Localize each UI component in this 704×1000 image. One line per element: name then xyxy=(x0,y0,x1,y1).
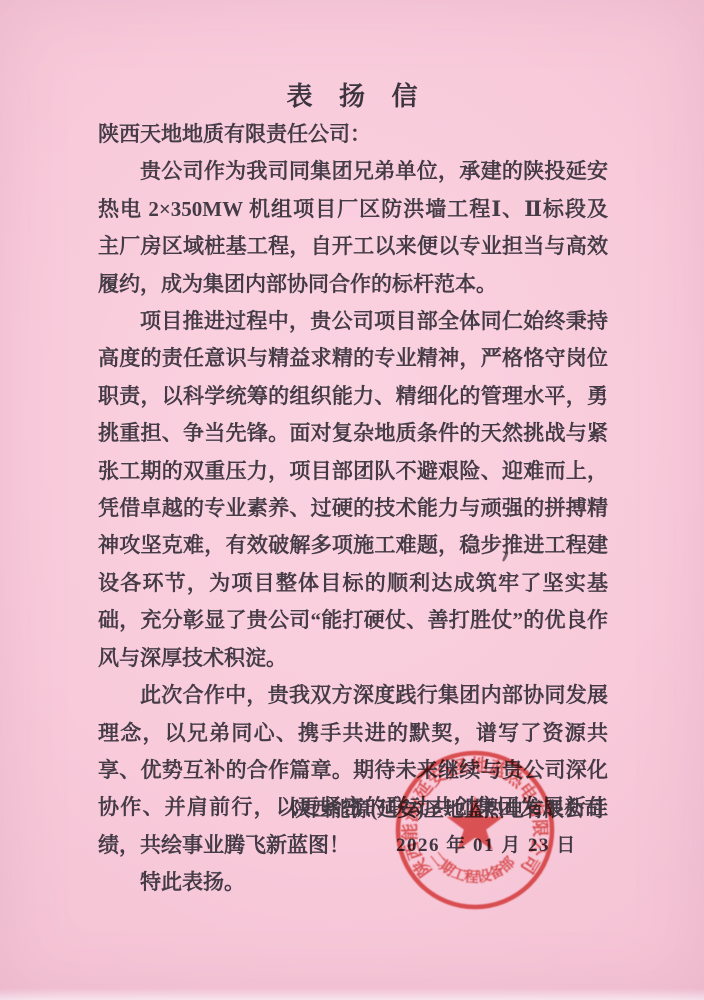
salutation: 陕西天地地质有限责任公司： xyxy=(98,116,608,153)
letter-title: 表 扬 信 xyxy=(0,76,704,113)
stamp-bottom-text: 二期工程设备部 xyxy=(426,849,518,886)
paragraph-2: 项目推进过程中，贵公司项目部全体同仁始终秉持高度的责任意识与精益求精的专业精神，… xyxy=(98,303,608,677)
stamp-star-icon xyxy=(447,796,504,850)
paragraph-1: 贵公司作为我司同集团兄弟单位，承建的陕投延安热电 2×350MW 机组项目厂区防… xyxy=(98,153,608,303)
letter-page: 表 扬 信 陕西天地地质有限责任公司： 贵公司作为我司同集团兄弟单位，承建的陕投… xyxy=(0,0,704,1000)
company-seal-stamp: 陕西能源(延安)圣地蓝热电有限公司 二期工程设备部 xyxy=(370,725,580,935)
